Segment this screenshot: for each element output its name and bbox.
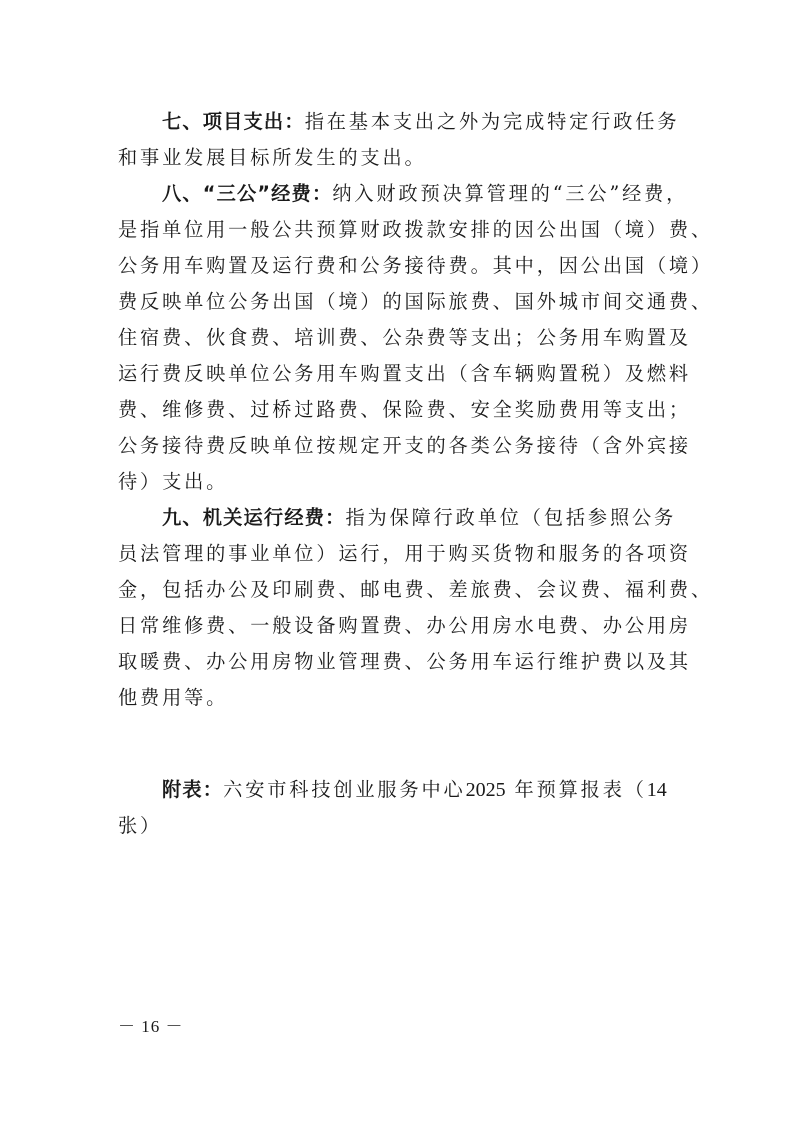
section-9-text: 指为保障行政单位（包括参照公务 (346, 506, 677, 529)
attachment-text: 六安市科技创业服务中心 (223, 778, 465, 801)
section-7-line-1: 七、项目支出：指在基本支出之外为完成特定行政任务 (162, 104, 722, 140)
section-7-heading: 七、项目支出： (162, 110, 305, 133)
section-7-line-2: 和事业发展目标所发生的支出。 (118, 140, 678, 176)
section-8-text: 纳入财政预决算管理的“三公”经费， (332, 182, 688, 205)
section-8-line-4: 费反映单位公务出国（境）的国际旅费、国外城市间交通费、 (118, 284, 678, 320)
section-9-line-4: 日常维修费、一般设备购置费、办公用房水电费、办公用房 (118, 608, 678, 644)
document-page: 七、项目支出：指在基本支出之外为完成特定行政任务 和事业发展目标所发生的支出。 … (0, 0, 793, 1122)
section-9-line-6: 他费用等。 (118, 680, 678, 716)
section-9-line-5: 取暖费、办公用房物业管理费、公务用车运行维护费以及其 (118, 644, 678, 680)
attachment-year: 2025 (466, 779, 506, 801)
section-8-line-6: 运行费反映单位公务用车购置支出（含车辆购置税）及燃料 (118, 356, 678, 392)
section-8-line-9: 待）支出。 (118, 464, 678, 500)
section-8-line-7: 费、维修费、过桥过路费、保险费、安全奖励费用等支出； (118, 392, 678, 428)
attachment-count: 14 (647, 779, 667, 801)
section-8-line-3: 公务用车购置及运行费和公务接待费。其中，因公出国（境） (118, 248, 678, 284)
section-8-heading: 八、“三公”经费： (162, 182, 332, 205)
section-8-line-1: 八、“三公”经费：纳入财政预决算管理的“三公”经费， (162, 176, 722, 212)
section-9-line-3: 金，包括办公及印刷费、邮电费、差旅费、会议费、福利费、 (118, 572, 678, 608)
section-9-line-2: 员法管理的事业单位）运行，用于购买货物和服务的各项资 (118, 536, 678, 572)
section-9-heading: 九、机关运行经费： (162, 506, 346, 529)
attachment-text-2: 年预算报表（ (515, 778, 647, 801)
section-8-line-5: 住宿费、伙食费、培训费、公杂费等支出；公务用车购置及 (118, 320, 678, 356)
section-8-line-8: 公务接待费反映单位按规定开支的各类公务接待（含外宾接 (118, 428, 678, 464)
attachment-heading: 附表： (162, 778, 223, 801)
page-number: － 16 － (118, 1012, 184, 1037)
section-7-text: 指在基本支出之外为完成特定行政任务 (305, 110, 680, 133)
section-8-line-2: 是指单位用一般公共预算财政拨款安排的因公出国（境）费、 (118, 212, 678, 248)
attachment-line-1: 附表：六安市科技创业服务中心2025 年预算报表（14 (162, 772, 722, 808)
attachment-line-2: 张） (118, 808, 678, 844)
section-9-line-1: 九、机关运行经费：指为保障行政单位（包括参照公务 (162, 500, 722, 536)
